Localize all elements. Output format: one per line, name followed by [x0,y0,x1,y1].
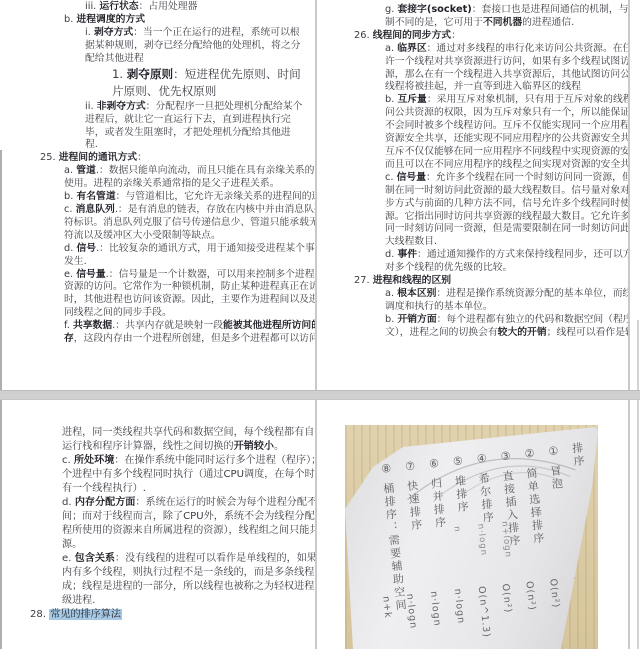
note-text-block: d. 信号.：比较复杂的通讯方式，用于通知接受进程某个事件已经发生. [0,243,315,269]
note-text-line: c. 所处环境：在操作系统中能同时运行多个进程（程序）；而在一 [62,454,315,468]
right-page-border [628,0,630,649]
note-text-line: 对多个线程的优先级的比较。 [385,262,628,275]
note-text-line: e. 包含关系：没有线程的进程可以看作是单线程的，如果一个进程 [62,552,315,566]
note-text-line: a. 根本区别：进程是操作系统资源分配的基本单位，而线程是任务 [385,288,628,301]
note-text-line: 内有多个线程，则执行过程不是一条线的，而是多条线程共同完 [62,566,315,580]
note-text-line: 同线程之间的同步手段。 [64,307,315,320]
note-text-line: 25. 进程间的通讯方式： [40,152,315,165]
note-text-line: 使用。进程的亲缘关系通常指的是父子进程关系。 [64,178,315,191]
note-text-block: 25. 进程间的通讯方式： [0,152,315,165]
page-gap-divider [0,390,640,400]
page-bottom-right: 排序① 冒泡② 简单选择排序③ 直接插入排序④ 希尔排序⑤ 堆排序⑥ 归并排序⑦… [321,399,628,649]
note-text-block: iii. 运行状态：占用处理器 [0,1,315,14]
note-text-line: 符流以及缓冲区大小受限制等缺点。 [64,230,315,243]
note-text-block: g. 套接字(socket)：套接口也是进程间通信的机制，与其他通讯机制不同的是… [321,4,628,30]
note-text-block: d. 内存分配方面：系统在运行的时候会为每个进程分配不同的内存空间；而对于线程而… [0,496,315,552]
note-text-block: d. 事件：通过通知操作的方式来保持线程同步，还可以方便实现对多个线程的优先级的… [321,249,628,275]
note-text-line: a. 管道.：数据只能单向流动，而且只能在具有亲缘关系的进程间 [64,165,315,178]
handwritten-note-photo: 排序① 冒泡② 简单选择排序③ 直接插入排序④ 希尔排序⑤ 堆排序⑥ 归并排序⑦… [345,425,598,649]
note-text-line: 制在同一时刻访问此资源的最大线程数目。信号量对象对线程的同 [385,185,628,198]
note-text-line: 同一时刻访问同一资源，但是需要限制在同一时刻访问此资源的最 [385,223,628,236]
note-text-line: g. 套接字(socket)：套接口也是进程间通信的机制，与其他通讯机 [385,4,628,17]
note-text-line: 有一个线程执行）. [62,482,315,496]
note-text-block: 1. 剥夺原则：短进程优先原则、时间片原则、优先权原则 [0,66,315,101]
note-text-block: 27. 进程和线程的区别 [321,275,628,288]
note-text-line: 符标识。消息队列克服了信号传递信息少、管道只能承载无格式字 [64,217,315,230]
note-text-block: c. 消息队列.：是有消息的链表，存放在内核中并由消息队列标识符标识。消息队列克… [0,204,315,243]
note-text-line: 成；线程是进程的一部分，所以线程也被称之为轻权进程或者轻量 [62,580,315,594]
note-text-line: 配给其他进程 [85,53,315,66]
note-text-line: c. 信号量：允许多个线程在同一个时刻访问同一资源，但是需要限 [385,172,628,185]
note-text-line: 源，那么在有一个线程进入共享资源后，其他试图访问公共资源的 [385,69,628,82]
note-text-line: 时，其他进程也访问该资源。因此，主要作为进程间以及进程内不 [64,294,315,307]
center-page-divider [315,0,317,649]
note-text-line: 运行栈和程序计算器，线性之间切换的开销较小。 [62,440,315,454]
note-text-line: 资源安全共享，还能实现不同应用程序的公共资源安全共享。使用 [385,133,628,146]
note-text-block: a. 临界区：通过对多线程的串行化来访问公共资源。在任意时刻只允许一个线程对共享… [321,43,628,95]
note-text-line: 片原则、优先权原则 [112,83,315,101]
note-text-line: 存，这段内存由一个进程所创建，但是多个进程都可以访问。共享 [64,333,315,346]
note-text-line: e. 信号量.：信号量是一个计数器，可以用来控制多个进程对共享 [64,269,315,282]
note-text-line: 文），进程之间的切换会有较大的开销；线程可以看作是轻量级的 [385,327,628,340]
note-text-line: a. 临界区：通过对多线程的串行化来访问公共资源。在任意时刻只允 [385,43,628,56]
note-text-line: 程. [85,139,315,152]
note-text-line: ii. 非剥夺方式：分配程序一旦把处理机分配给某个 [85,101,315,114]
page-top-left: iii. 运行状态：占用处理器b. 进程调度的方式i. 剥夺方式：当一个正在运行… [0,0,315,391]
note-text-line: 发生. [64,256,315,269]
note-text-line: 制不同的是，它可用于不同机器的进程通信. [385,17,628,30]
note-text-line: 据某种规则，剥夺已经分配给他的处理机，将之分 [85,40,315,53]
note-text-block: f. 共享数据.：共享内存就是映射一段能被其他进程所访问的内存，这段内存由一个进… [0,320,315,346]
note-text-line: 程所使用的资源来自所属进程的资源），线程组之间只能共享资 [62,524,315,538]
note-text-line: 问公共资源的权限，因为互斥对象只有一个，所以能保证公共资源 [385,107,628,120]
note-text-line: 许一个线程对共享资源进行访问，如果有多个线程试图访问公共资 [385,56,628,69]
note-text-line: 互斥不仅仅能够在同一应用程序不同线程中实现资源的安全共享， [385,146,628,159]
note-text-line: 1. 剥夺原则：短进程优先原则、时间 [112,66,315,84]
note-text-line: 26. 线程间的同步方式： [354,30,628,43]
page-top-right: g. 套接字(socket)：套接口也是进程间通信的机制，与其他通讯机制不同的是… [321,0,628,391]
note-text-line: d. 信号.：比较复杂的通讯方式，用于通知接受进程某个事件已经 [64,243,315,256]
note-text-block: c. 所处环境：在操作系统中能同时运行多个进程（程序）；而在一个进程中有多个线程… [0,454,315,496]
handwritten-annotations: n+lognn·lognn [444,520,519,564]
note-text-line: f. 共享数据.：共享内存就是映射一段能被其他进程所访问的内 [64,320,315,333]
handwritten-line: n·logn [468,523,496,562]
note-text-line: 调度和执行的基本单位。 [385,301,628,314]
document-viewer: iii. 运行状态：占用处理器b. 进程调度的方式i. 剥夺方式：当一个正在运行… [0,0,640,649]
note-text-block: b. 互斥量：采用互斥对象机制，只有用于互斥对象的线程才有访问公共资源的权限，因… [321,94,628,171]
note-text-block: c. 信号量：允许多个线程在同一个时刻访问同一资源，但是需要限制在同一时刻访问此… [321,172,628,249]
note-text-block: i. 剥夺方式：当一个正在运行的进程，系统可以根据某种规则，剥夺已经分配给他的处… [0,27,315,66]
note-text-line: 步方式与前面的几种方法不同，信号允许多个线程同时使用共享资 [385,198,628,211]
note-text-line: 大线程数目. [385,236,628,249]
note-text-block: b. 开销方面：每个进程都有独立的代码和数据空间（程序上下文），进程之间的切换会… [321,314,628,340]
page-bottom-left: 进程，同一类线程共享代码和数据空间，每个线程都有自己独立的运行栈和程序计算器，线… [0,399,315,649]
note-text-block: ii. 非剥夺方式：分配程序一旦把处理机分配给某个进程后，就让它一直运行下去，直… [0,101,315,153]
note-text-line: 线程将被挂起，并一直等到进入临界区的线程 [385,81,628,94]
note-text-line: 而且可以在不同应用程序的线程之间实现对资源的安全共享。 [385,159,628,172]
right-edge-line [637,320,639,649]
note-text-block: e. 信号量.：信号量是一个计数器，可以用来控制多个进程对共享资源的访问。它常作… [0,269,315,321]
note-text-line: c. 消息队列.：是有消息的链表，存放在内核中并由消息队列标识 [64,204,315,217]
note-text-block: a. 管道.：数据只能单向流动，而且只能在具有亲缘关系的进程间使用。进程的亲缘关… [0,165,315,191]
note-text-line: iii. 运行状态：占用处理器 [85,1,315,14]
note-text-line: d. 内存分配方面：系统在运行的时候会为每个进程分配不同的内存空 [62,496,315,510]
note-text-block: 进程，同一类线程共享代码和数据空间，每个线程都有自己独立的运行栈和程序计算器，线… [0,426,315,454]
note-text-block: a. 根本区别：进程是操作系统资源分配的基本单位，而线程是任务调度和执行的基本单… [321,288,628,314]
note-text-line: 进程后，就让它一直运行下去，直到进程执行完 [85,114,315,127]
handwritten-line: n [444,525,472,564]
note-text-block: 28. 常见的排序算法 [0,608,315,622]
note-text-block: 26. 线程间的同步方式： [321,30,628,43]
note-text-line: b. 开销方面：每个进程都有独立的代码和数据空间（程序上下 [385,314,628,327]
note-text-block: e. 包含关系：没有线程的进程可以看作是单线程的，如果一个进程内有多个线程，则执… [0,552,315,608]
note-text-line: 级进程. [62,594,315,608]
handwritten-line: n+logn [492,520,520,559]
note-text-line: 27. 进程和线程的区别 [354,275,628,288]
note-text-line: d. 事件：通过通知操作的方式来保持线程同步，还可以方便实现 [385,249,628,262]
note-text-line: i. 剥夺方式：当一个正在运行的进程，系统可以根 [85,27,315,40]
note-text-line: b. 进程调度的方式 [64,14,315,27]
note-text-line: 个进程中有多个线程同时执行（通过CPU调度，在每个时间片中只 [62,468,315,482]
note-text-block: b. 进程调度的方式 [0,14,315,27]
note-text-line: b. 互斥量：采用互斥对象机制，只有用于互斥对象的线程才有访 [385,94,628,107]
note-text-line: 进程，同一类线程共享代码和数据空间，每个线程都有自己独立的 [62,426,315,440]
note-text-line: 源。 [62,538,315,552]
note-text-line: 源。它指出同时访问共享资源的线程最大数目。它允许多个线程在 [385,211,628,224]
note-text-line: 28. 常见的排序算法 [30,608,315,622]
note-text-block: b. 有名管道：与管道相比，它允许无亲缘关系的进程间的通信。 [0,191,315,204]
note-text-line: 不会同时被多个线程访问。互斥不仅能实现同一个应用程序的公共 [385,120,628,133]
note-text-line: b. 有名管道：与管道相比，它允许无亲缘关系的进程间的通信。 [64,191,315,204]
note-text-line: 资源的访问。它常作为一种锁机制，防止某种进程真正在访问资源 [64,281,315,294]
highlighted-text: 常见的排序算法 [49,609,122,620]
note-text-line: 毕，或者发生阻塞时，才把处理机分配给其他进 [85,127,315,140]
note-text-line: 间；而对于线程而言，除了CPU外，系统不会为线程分配内存（线 [62,510,315,524]
